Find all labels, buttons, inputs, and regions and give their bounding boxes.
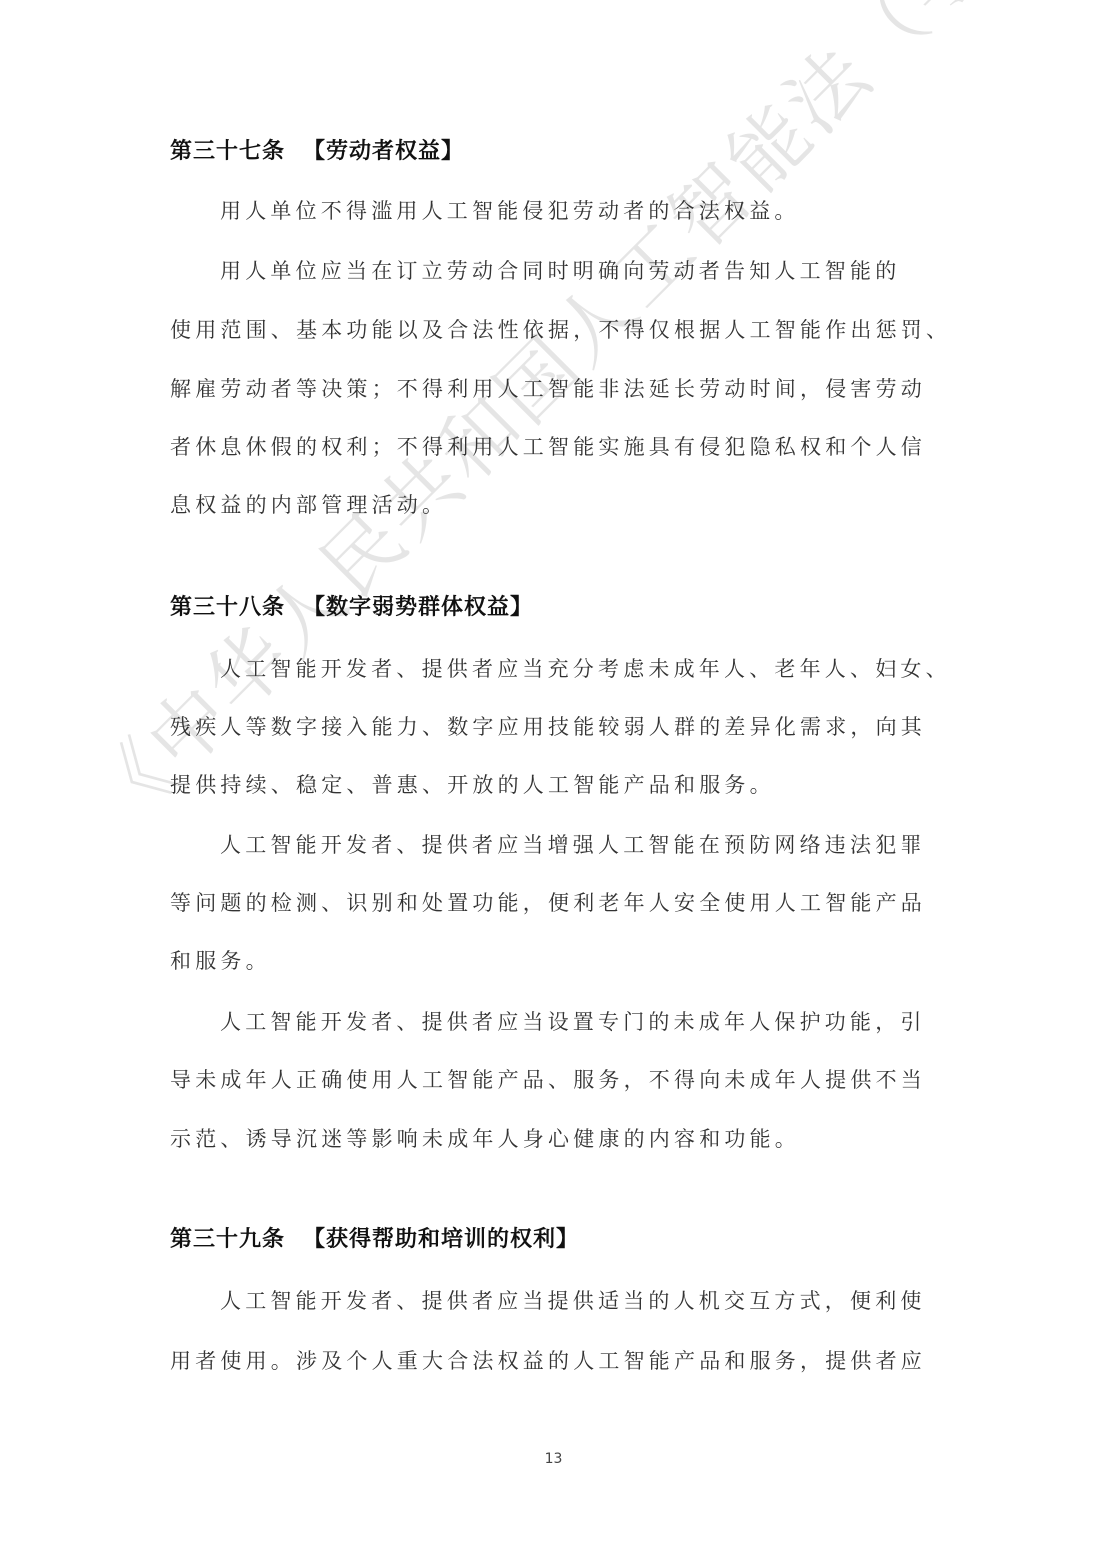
paragraph-line: 用人单位不得滥用人工智能侵犯劳动者的合法权益。 <box>220 196 800 226</box>
paragraph-line: 导未成年人正确使用人工智能产品、服务，不得向未成年人提供不当 <box>170 1065 926 1095</box>
paragraph-line: 和服务。 <box>170 946 271 976</box>
page-number: 13 <box>0 1451 1107 1467</box>
paragraph-line: 人工智能开发者、提供者应当充分考虑未成年人、老年人、妇女、 <box>220 654 951 684</box>
paragraph-line: 人工智能开发者、提供者应当设置专门的未成年人保护功能，引 <box>220 1007 926 1037</box>
paragraph-line: 用人单位应当在订立劳动合同时明确向劳动者告知人工智能的 <box>220 256 900 286</box>
paragraph-line: 人工智能开发者、提供者应当提供适当的人机交互方式，便利使 <box>220 1286 926 1316</box>
paragraph-line: 解雇劳动者等决策；不得利用人工智能非法延长劳动时间，侵害劳动 <box>170 374 926 404</box>
paragraph-line: 息权益的内部管理活动。 <box>170 490 447 520</box>
document-page: 《中华人民共和国人工智能法（学者建议稿）》 第三十七条【劳动者权益】 用人单位不… <box>0 0 1107 1565</box>
paragraph-line: 使用范围、基本功能以及合法性依据，不得仅根据人工智能作出惩罚、 <box>170 315 951 345</box>
article-39-heading: 第三十九条【获得帮助和培训的权利】 <box>170 1225 579 1255</box>
paragraph-line: 者休息休假的权利；不得利用人工智能实施具有侵犯隐私权和个人信 <box>170 432 926 462</box>
article-number: 第三十八条 <box>170 595 285 620</box>
article-number: 第三十七条 <box>170 139 285 164</box>
paragraph-line: 残疾人等数字接入能力、数字应用技能较弱人群的差异化需求，向其 <box>170 712 926 742</box>
article-title: 【获得帮助和培训的权利】 <box>303 1227 579 1252</box>
article-number: 第三十九条 <box>170 1227 285 1252</box>
paragraph-line: 用者使用。涉及个人重大合法权益的人工智能产品和服务，提供者应 <box>170 1346 926 1376</box>
paragraph-line: 等问题的检测、识别和处置功能，便利老年人安全使用人工智能产品 <box>170 888 926 918</box>
article-38-heading: 第三十八条【数字弱势群体权益】 <box>170 593 533 623</box>
paragraph-line: 示范、诱导沉迷等影响未成年人身心健康的内容和功能。 <box>170 1124 800 1154</box>
paragraph-line: 人工智能开发者、提供者应当增强人工智能在预防网络违法犯罪 <box>220 830 926 860</box>
article-title: 【劳动者权益】 <box>303 139 464 164</box>
paragraph-line: 提供持续、稳定、普惠、开放的人工智能产品和服务。 <box>170 770 775 800</box>
article-37-heading: 第三十七条【劳动者权益】 <box>170 137 464 167</box>
article-title: 【数字弱势群体权益】 <box>303 595 533 620</box>
